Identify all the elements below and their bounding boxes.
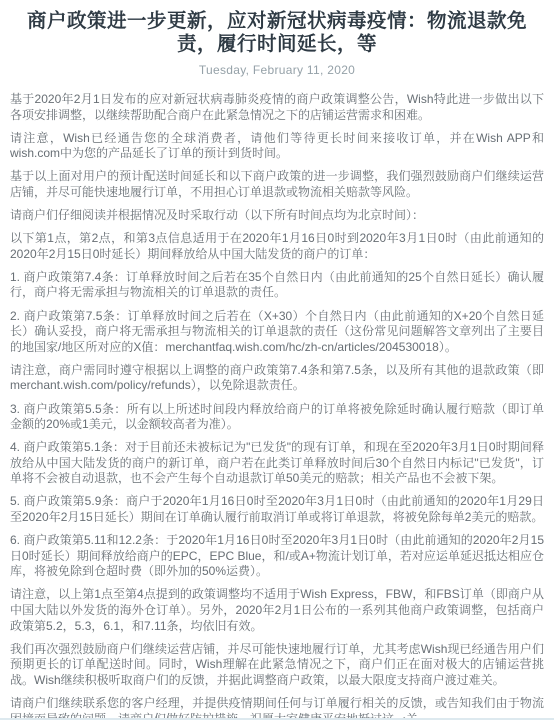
body-paragraph: 请注意，Wish已经通告您的全球消费者，请他们等待更长时间来接收订单，并在Wis… [10, 131, 544, 162]
article-body: 基于2020年2月1日发布的应对新冠状病毒肺炎疫情的商户政策调整公告，Wish特… [0, 92, 554, 720]
body-paragraph: 我们再次强烈鼓励商户们继续运营店铺，并尽可能快速地履行订单，尤其考虑Wish现已… [10, 642, 544, 689]
body-paragraph: 1. 商户政策第7.4条：订单释放时间之后若在35个自然日内（由此前通知的25个… [10, 270, 544, 301]
article-date: Tuesday, February 11, 2020 [0, 63, 554, 77]
body-paragraph: 请商户们仔细阅读并根据情况及时采取行动（以下所有时间点均为北京时间）： [10, 208, 544, 224]
body-paragraph: 3. 商户政策第5.5条：所有以上所述时间段内释放给商户的订单将被免除延时确认履… [10, 402, 544, 433]
body-paragraph: 请商户们继续联系您的客户经理，并提供疫情期间任何与订单履行相关的反馈，或告知我们… [10, 696, 544, 720]
body-paragraph: 基于2020年2月1日发布的应对新冠状病毒肺炎疫情的商户政策调整公告，Wish特… [10, 92, 544, 123]
body-paragraph: 6. 商户政策第5.11和12.2条：于2020年1月16日0时至2020年3月… [10, 533, 544, 580]
body-paragraph: 请注意，商户需同时遵守根据以上调整的商户政策第7.4条和第7.5条，以及所有其他… [10, 363, 544, 394]
article-page: 商户政策进一步更新，应对新冠状病毒疫情：物流退款免责，履行时间延长，等 Tues… [0, 0, 554, 720]
body-paragraph: 基于以上面对用户的预计配送时间延长和以下商户政策的进一步调整，我们强烈鼓励商户们… [10, 169, 544, 200]
body-paragraph: 请注意，以上第1点至第4点提到的政策调整均不适用于Wish Express，FB… [10, 587, 544, 634]
page-title: 商户政策进一步更新，应对新冠状病毒疫情：物流退款免责，履行时间延长，等 [0, 0, 554, 56]
body-paragraph: 2. 商户政策第7.5条：订单释放时间之后若在（X+30）个自然日内（由此前通知… [10, 309, 544, 356]
body-paragraph: 4. 商户政策第5.1条：对于目前还未被标记为"已发货"的现有订单，和现在至20… [10, 440, 544, 487]
body-paragraph: 以下第1点，第2点，和第3点信息适用于在2020年1月16日0时到2020年3月… [10, 231, 544, 262]
body-paragraph: 5. 商户政策第5.9条：商户于2020年1月16日0时至2020年3月1日0时… [10, 494, 544, 525]
